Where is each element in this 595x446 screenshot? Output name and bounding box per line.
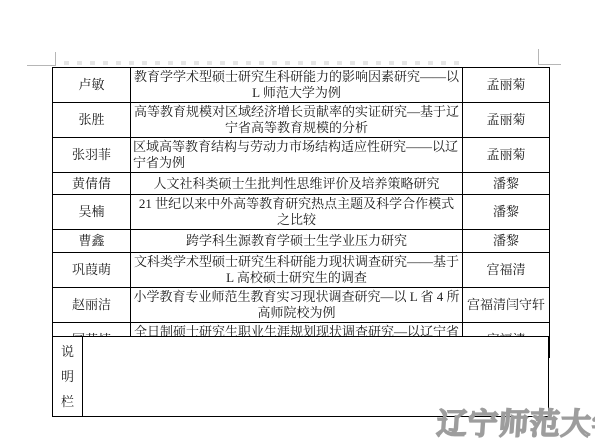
margin-mark-top-left [55, 52, 56, 66]
table-row: 巩葭萌 文科类学术型硕士研究生科研能力现状调查研究——基于 L 高校硕士研究生的… [53, 253, 550, 288]
student-name-cell: 张胜 [53, 103, 131, 138]
table-row: 赵丽洁 小学教育专业师范生教育实习现状调查研究—以 L 省 4 所高师院校为例 … [53, 288, 550, 323]
advisor-cell: 宫福清 [463, 253, 550, 288]
note-label: 说明栏 [61, 339, 75, 414]
thesis-title-cell: 21 世纪以来中外高等教育研究热点主题及科学合作模式之比较 [131, 195, 463, 230]
student-name-cell: 黄倩倩 [53, 173, 131, 195]
thesis-title-cell: 人文社科类硕士生批判性思维评价及培养策略研究 [131, 173, 463, 195]
margin-mark-top-right [538, 49, 539, 65]
thesis-title-cell: 高等教育规模对区域经济增长贡献率的实证研究—基于辽宁省高等教育规模的分析 [131, 103, 463, 138]
margin-mark-top-right [538, 64, 561, 65]
thesis-title-cell: 教育学学术型硕士研究生科研能力的影响因素研究——以 L 师范大学为例 [131, 68, 463, 103]
student-name-cell: 卢敏 [53, 68, 131, 103]
margin-mark-top-left [27, 65, 55, 66]
advisor-cell: 孟丽菊 [463, 68, 550, 103]
thesis-title-cell: 文科类学术型硕士研究生科研能力现状调查研究——基于 L 高校硕士研究生的调查 [131, 253, 463, 288]
thesis-title-cell: 区域高等教育结构与劳动力市场结构适应性研究——以辽宁省为例 [131, 138, 463, 173]
student-name-cell: 赵丽洁 [53, 288, 131, 323]
advisor-cell: 潘黎 [463, 173, 550, 195]
table-row: 吴楠 21 世纪以来中外高等教育研究热点主题及科学合作模式之比较 潘黎 [53, 195, 550, 230]
thesis-assignment-table: 卢敏 教育学学术型硕士研究生科研能力的影响因素研究——以 L 师范大学为例 孟丽… [52, 67, 550, 358]
student-name-cell: 巩葭萌 [53, 253, 131, 288]
thesis-title-cell: 跨学科生源教育学硕士生学业压力研究 [131, 230, 463, 253]
table-row: 黄倩倩 人文社科类硕士生批判性思维评价及培养策略研究 潘黎 [53, 173, 550, 195]
student-name-cell: 曹鑫 [53, 230, 131, 253]
document-page: 卢敏 教育学学术型硕士研究生科研能力的影响因素研究——以 L 师范大学为例 孟丽… [0, 0, 595, 446]
advisor-cell: 潘黎 [463, 195, 550, 230]
note-label-cell: 说明栏 [53, 337, 83, 417]
advisor-cell: 孟丽菊 [463, 138, 550, 173]
student-name-cell: 吴楠 [53, 195, 131, 230]
table-row: 曹鑫 跨学科生源教育学硕士生学业压力研究 潘黎 [53, 230, 550, 253]
clipped-text-remnant [64, 61, 460, 65]
university-watermark: 辽宁师范大学 [435, 399, 595, 443]
advisor-cell: 孟丽菊 [463, 103, 550, 138]
advisor-cell: 潘黎 [463, 230, 550, 253]
table-row: 张羽菲 区域高等教育结构与劳动力市场结构适应性研究——以辽宁省为例 孟丽菊 [53, 138, 550, 173]
table-row: 卢敏 教育学学术型硕士研究生科研能力的影响因素研究——以 L 师范大学为例 孟丽… [53, 68, 550, 103]
table-row: 张胜 高等教育规模对区域经济增长贡献率的实证研究—基于辽宁省高等教育规模的分析 … [53, 103, 550, 138]
advisor-cell: 宫福清闫守轩 [463, 288, 550, 323]
thesis-title-cell: 小学教育专业师范生教育实习现状调查研究—以 L 省 4 所高师院校为例 [131, 288, 463, 323]
student-name-cell: 张羽菲 [53, 138, 131, 173]
